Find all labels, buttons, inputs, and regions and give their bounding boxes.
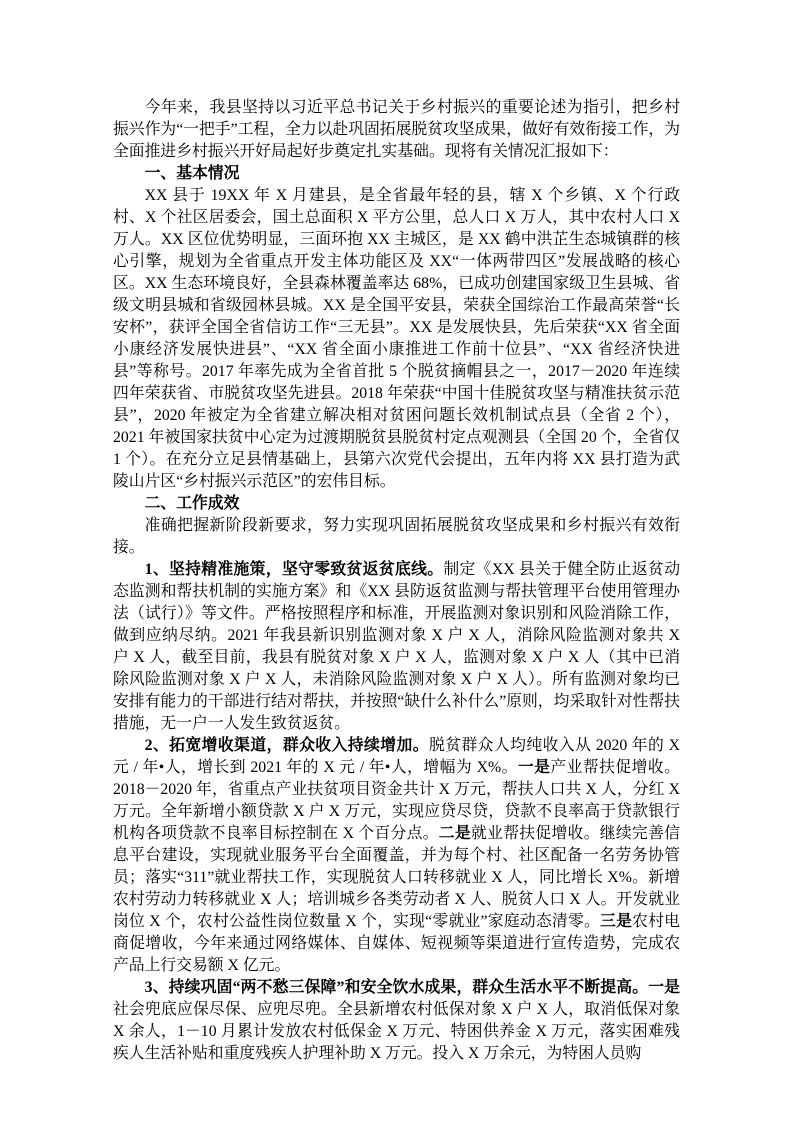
item-lead-text: 3、持续巩固“两不愁三保障”和安全饮水成果，群众生活水平不断提高。 <box>145 979 649 996</box>
document-body: 今年来，我县坚持以习近平总书记关于乡村振兴的重要论述为指引，把乡村振兴作为“一把… <box>113 97 680 1065</box>
paragraph-basic-situation: XX 县于 19XX 年 X 月建县，是全省最年轻的县，辖 X 个乡镇、X 个行… <box>113 185 680 493</box>
text-run: 制定《XX 县关于健全防止返贫动态监测和帮扶机制的实施方案》和《XX 县防返贫监… <box>113 561 680 732</box>
item-lead-text: 2、拓宽增收渠道，群众收入持续增加。 <box>145 737 429 754</box>
heading-text: 一、基本情况 <box>145 165 240 182</box>
text-run: 准确把握新阶段新要求，努力实现巩固拓展脱贫攻坚成果和乡村振兴有效衔接。 <box>113 517 680 556</box>
item-lead-text: 1、坚持精准施策，坚守零致贫返贫底线。 <box>145 561 444 578</box>
sub-item-marker: 三是 <box>600 913 632 930</box>
sub-item-marker: 一是 <box>648 979 680 996</box>
sub-item-marker: 一是 <box>518 759 551 776</box>
sub-item-marker: 二是 <box>439 825 471 842</box>
paragraph-item-2: 2、拓宽增收渠道，群众收入持续增加。脱贫群众人均纯收入从 2020 年的 X 元… <box>113 735 680 977</box>
paragraph-intro: 今年来，我县坚持以习近平总书记关于乡村振兴的重要论述为指引，把乡村振兴作为“一把… <box>113 97 680 163</box>
paragraph-item-3: 3、持续巩固“两不愁三保障”和安全饮水成果，群众生活水平不断提高。一是社会兜底应… <box>113 977 680 1065</box>
paragraph-work-results-intro: 准确把握新阶段新要求，努力实现巩固拓展脱贫攻坚成果和乡村振兴有效衔接。 <box>113 515 680 559</box>
heading-text: 二、工作成效 <box>145 495 240 512</box>
text-run: 社会兜底应保尽保、应兜尽兜。全县新增农村低保对象 X 户 X 人，取消低保对象 … <box>113 1001 680 1062</box>
heading-work-results: 二、工作成效 <box>113 493 680 515</box>
heading-basic-situation: 一、基本情况 <box>113 163 680 185</box>
paragraph-item-1: 1、坚持精准施策，坚守零致贫返贫底线。制定《XX 县关于健全防止返贫动态监测和帮… <box>113 559 680 735</box>
document-page: 今年来，我县坚持以习近平总书记关于乡村振兴的重要论述为指引，把乡村振兴作为“一把… <box>0 0 793 1122</box>
text-run: 今年来，我县坚持以习近平总书记关于乡村振兴的重要论述为指引，把乡村振兴作为“一把… <box>113 99 680 160</box>
text-run: XX 县于 19XX 年 X 月建县，是全省最年轻的县，辖 X 个乡镇、X 个行… <box>113 187 680 490</box>
